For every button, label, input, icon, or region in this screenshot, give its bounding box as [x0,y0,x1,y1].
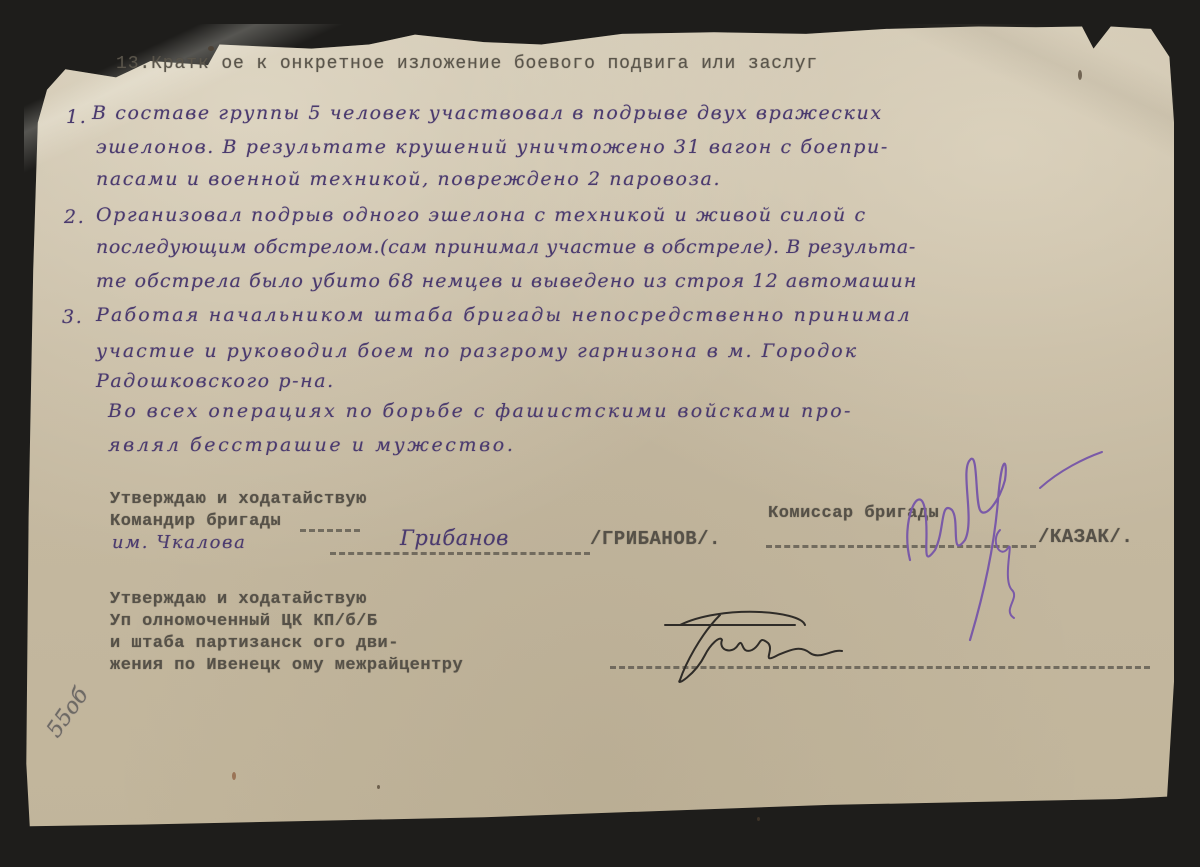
document-scan: 13.Кратк ое к онкретное изложение боевог… [0,0,1200,867]
signature-line [766,545,1036,548]
narrative-line: пасами и военной техникой, повреждено 2 … [96,168,721,190]
stain [757,817,760,821]
item-number: 2. [64,206,85,228]
narrative-line: те обстрела было убито 68 немцев и вывед… [96,270,918,292]
commander-signature: Грибанов [400,526,509,550]
commander-title: Командир бригады [110,512,281,531]
narrative-line: Радошковского р-на. [96,370,335,392]
narrative-line: последующим обстрелом.(сам принимал учас… [96,236,916,258]
narrative-line: являл бесстрашие и мужество. [108,434,516,456]
narrative-line: эшелонов. В результате крушений уничтоже… [96,136,889,158]
commander-name: /ГРИБАНОВ/. [590,528,721,550]
stain [232,772,236,780]
commissar-name: /КАЗАК/. [1038,526,1133,548]
narrative-line: участие и руководил боем по разгрому гар… [96,340,858,362]
stain [1078,70,1082,80]
item-number: 3. [62,306,83,328]
item-number: 1. [66,106,87,128]
plenipotentiary-title: и штаба партизанск ого дви- [110,634,399,653]
approval-text: Утверждаю и ходатайствую [110,590,367,609]
unit-name-handwritten: им. Чкалова [112,532,246,553]
narrative-line: В составе группы 5 человек участвовал в … [92,102,883,124]
narrative-line: Организовал подрыв одного эшелона с техн… [96,204,867,226]
approval-text: Утверждаю и ходатайствую [110,490,367,509]
stain [208,46,214,51]
signature-line [330,552,590,555]
signature-line [300,529,360,532]
section-heading: 13.Кратк ое к онкретное изложение боевог… [116,54,818,74]
signature-line [610,666,1150,669]
plenipotentiary-title: жения по Ивенецк ому межрайцентру [110,656,463,675]
plenipotentiary-title: Уп олномоченный ЦК КП/б/Б [110,612,378,631]
commissar-title: Комиссар бригады [768,504,939,523]
narrative-line: Работая начальником штаба бригады непоср… [96,304,912,326]
stain [377,785,380,789]
narrative-line: Во всех операциях по борьбе с фашистским… [108,400,853,422]
